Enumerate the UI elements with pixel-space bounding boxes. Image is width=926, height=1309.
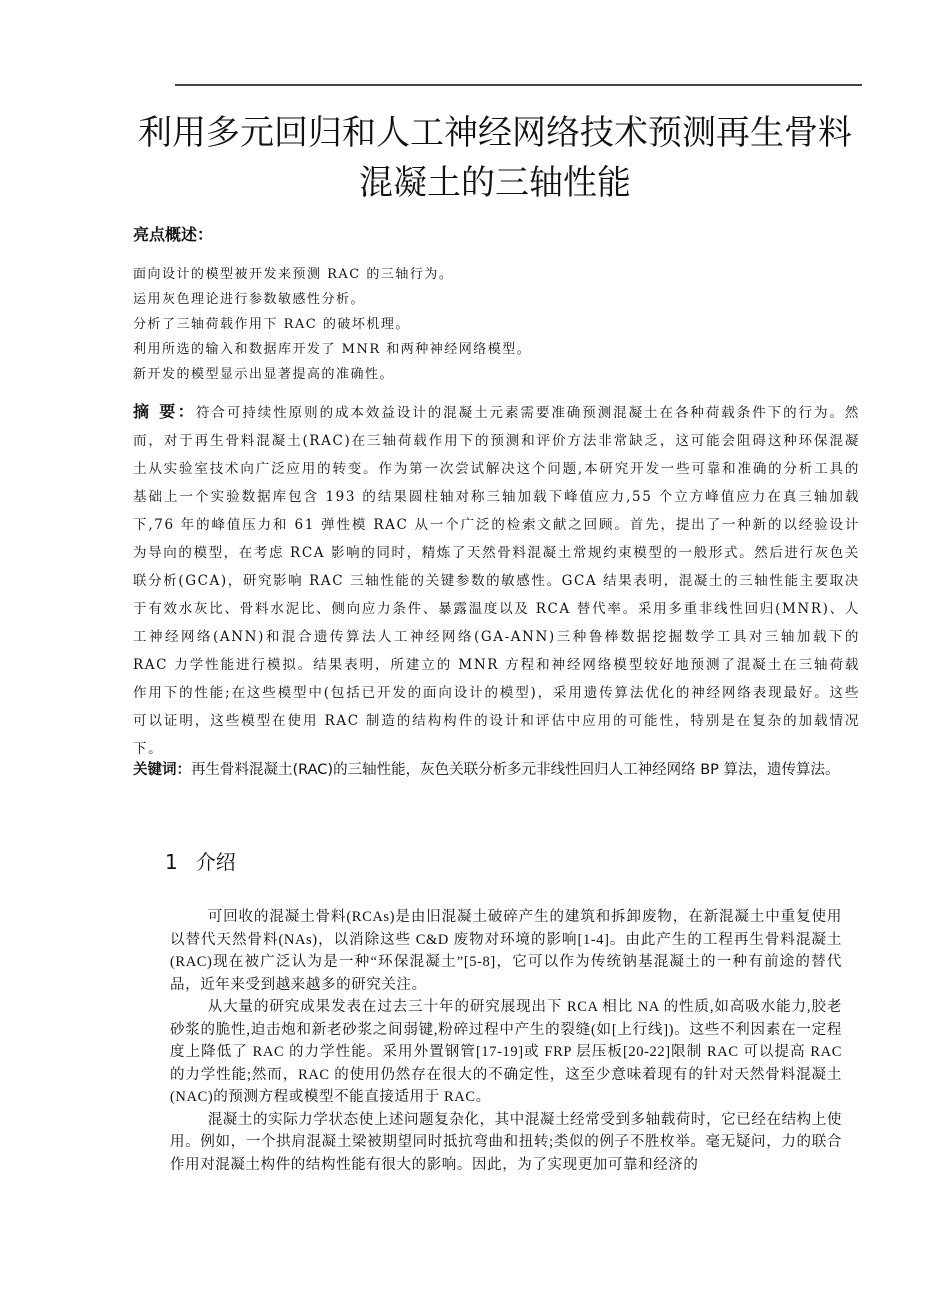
abstract: 摘 要：符合可持续性原则的成本效益设计的混凝土元素需要准确预测混凝土在各种荷载条… [133,398,860,763]
abstract-label: 摘 要： [133,402,196,421]
title-line-2: 混凝土的三轴性能 [120,158,870,208]
keywords: 关键词：再生骨料混凝土(RAC)的三轴性能，灰色关联分析多元非线性回归人工神经网… [133,757,860,784]
paragraph: 从大量的研究成果发表在过去三十年的研究展现出下 RCA 相比 NA 的性质,如高… [170,996,842,1109]
title-line-1: 利用多元回归和人工神经网络技术预测再生骨料 [120,108,870,158]
highlights-list: 面向设计的模型被开发来预测 RAC 的三轴行为。 运用灰色理论进行参数敏感性分析… [133,262,531,387]
keywords-text: 再生骨料混凝土(RAC)的三轴性能，灰色关联分析多元非线性回归人工神经网络 BP… [191,762,840,778]
paper-title: 利用多元回归和人工神经网络技术预测再生骨料 混凝土的三轴性能 [120,108,870,208]
keywords-label: 关键词： [133,762,191,778]
highlight-item: 新开发的模型显示出显著提高的准确性。 [133,362,531,387]
highlights-heading: 亮点概述： [133,222,213,245]
highlight-item: 运用灰色理论进行参数敏感性分析。 [133,287,531,312]
abstract-text: 符合可持续性原则的成本效益设计的混凝土元素需要准确预测混凝土在各种荷载条件下的行… [133,405,860,757]
header-rule [175,84,862,86]
section-number: 1 [165,850,178,874]
introduction-body: 可回收的混凝土骨料(RCAs)是由旧混凝土破碎产生的建筑和拆卸废物，在新混凝土中… [170,906,842,1176]
highlight-item: 利用所选的输入和数据库开发了 MNR 和两种神经网络模型。 [133,337,531,362]
paragraph: 可回收的混凝土骨料(RCAs)是由旧混凝土破碎产生的建筑和拆卸废物，在新混凝土中… [170,906,842,996]
section-title: 介绍 [196,850,236,874]
highlight-item: 面向设计的模型被开发来预测 RAC 的三轴行为。 [133,262,531,287]
paragraph: 混凝土的实际力学状态使上述问题复杂化，其中混凝土经常受到多轴载荷时，它已经在结构… [170,1109,842,1177]
section-heading-introduction: 1介绍 [165,846,236,875]
highlight-item: 分析了三轴荷载作用下 RAC 的破坏机理。 [133,312,531,337]
document-page: 利用多元回归和人工神经网络技术预测再生骨料 混凝土的三轴性能 亮点概述： 面向设… [0,0,926,1309]
